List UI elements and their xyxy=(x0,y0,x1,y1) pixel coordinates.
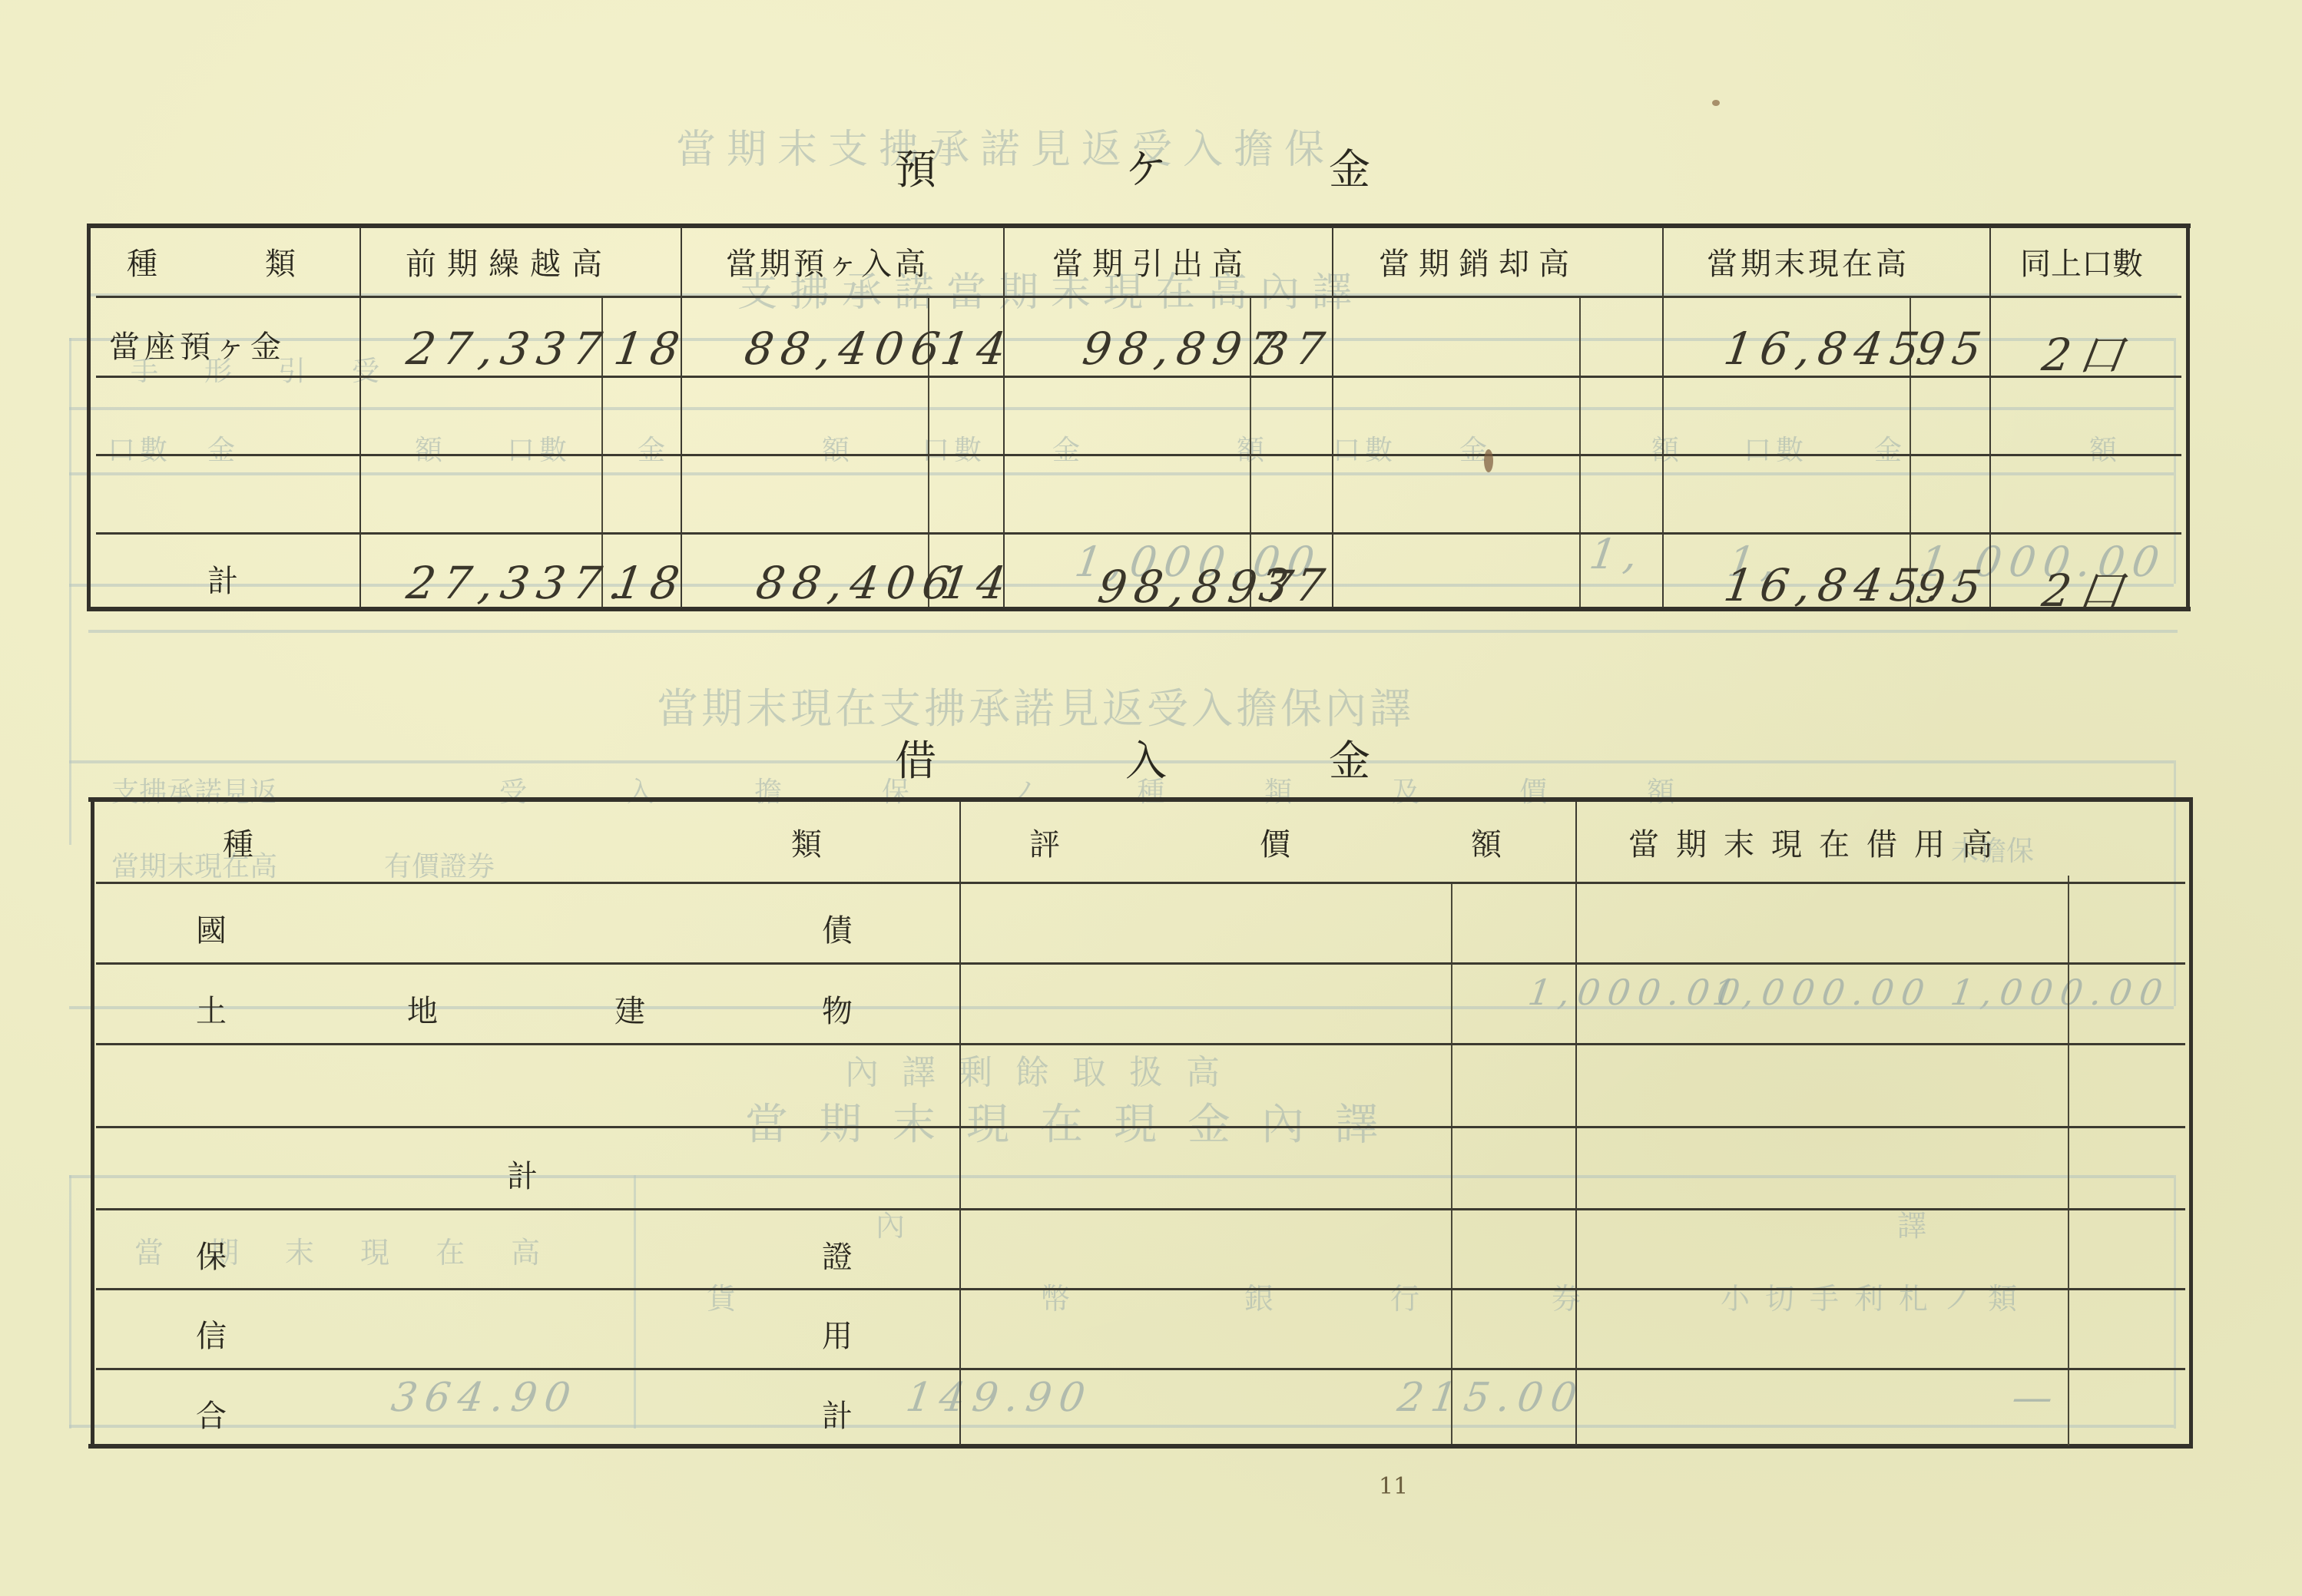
page-mark: 11 xyxy=(1379,1473,1408,1500)
deposits-title-char-1: 預 xyxy=(895,137,936,196)
row-label-char: 土 xyxy=(196,987,227,1031)
row-label-char: 保 xyxy=(196,1233,227,1276)
ghost-col-value-3: 額 xyxy=(1237,429,1269,468)
header-written-off: 當期銷却高 xyxy=(1379,240,1578,283)
ghost-cash-value-2: 149.90 xyxy=(903,1375,1095,1421)
row-label-char: 債 xyxy=(822,906,853,950)
total-withdrawn-sen: 37 xyxy=(1256,559,1335,611)
row-label-char: 物 xyxy=(822,987,853,1031)
header-withdrawn: 當期引出高 xyxy=(1052,240,1252,283)
header-current-borrowing-balance: 當期末現在借用高 xyxy=(1628,820,2009,864)
header-current-balance: 當期末現在高 xyxy=(1707,240,1910,283)
total-label: 計 xyxy=(207,557,238,601)
row-label-char: 建 xyxy=(614,987,645,1031)
row-label-char: 信 xyxy=(196,1312,227,1356)
stain-mark xyxy=(1484,449,1493,472)
header-valuation-2: 價 xyxy=(1260,820,1290,864)
ghost-col-count-5: 口數 xyxy=(1744,429,1808,468)
ghost-col-count-4: 口數 xyxy=(1333,429,1397,468)
ghost-cash-value-3: 215.00 xyxy=(1395,1375,1587,1421)
row-label-char: 國 xyxy=(196,906,227,950)
ghost-col-securities: 有價證券 xyxy=(384,845,495,884)
header-valuation-1: 評 xyxy=(1029,820,1060,864)
borrowings-title-char-3: 金 xyxy=(1329,728,1370,787)
ghost-col-count-3: 口數 xyxy=(922,429,986,468)
ghost-col-value-4: 額 xyxy=(1651,429,1684,468)
ghost-col-value-1: 額 xyxy=(415,429,447,468)
deposited-sen: 14 xyxy=(937,323,1016,375)
row-label-char: 用 xyxy=(822,1312,853,1356)
header-type-2: 類 xyxy=(791,820,822,864)
total-carried-forward-sen: 18 xyxy=(611,557,690,609)
ghost-col-amount-2: 金 xyxy=(638,429,670,468)
total-carried-forward-yen: 27,337. xyxy=(403,557,634,609)
ghost-top-title: 當期末支拂承諾見返受入擔保 xyxy=(676,117,1335,174)
account-count: 2口 xyxy=(2039,319,2136,383)
ghost-col-value-5: 額 xyxy=(2089,429,2121,468)
ghost-section-3-title: 當期末現在現金內譯 xyxy=(745,1091,1409,1152)
ghost-col-amount-1: 金 xyxy=(207,429,240,468)
ghost-col-amount-3: 金 xyxy=(1052,429,1085,468)
ghost-col-count-2: 口數 xyxy=(507,429,571,468)
borrowings-title-char-2: 入 xyxy=(1125,728,1167,787)
ghost-currency: 貨 xyxy=(707,1275,740,1317)
ghost-bank: 銀 xyxy=(1244,1275,1278,1317)
row-label-char: 計 xyxy=(507,1152,538,1196)
carried-forward-sen: 18 xyxy=(611,323,690,375)
ghost-col-value-2: 額 xyxy=(822,429,854,468)
row-label-char: 合 xyxy=(196,1392,227,1435)
header-valuation-3: 額 xyxy=(1471,820,1502,864)
deposits-title-char-3: 金 xyxy=(1329,137,1370,196)
ghost-line: 行 xyxy=(1390,1275,1424,1317)
carried-forward-yen: 27,337 xyxy=(403,323,613,375)
ghost-cheques: 小切手利札ノ類 xyxy=(1721,1275,2032,1317)
ghost-notes: 券 xyxy=(1552,1275,1585,1317)
ghost-section-2-title: 當期末現在支拂承諾見返受入擔保內譯 xyxy=(657,676,1414,735)
ghost-cash-value-1: 364.90 xyxy=(389,1375,581,1421)
ghost-cash-value-4: — xyxy=(2009,1375,2063,1421)
withdrawn-sen: 37 xyxy=(1256,323,1335,375)
ghost-coins: 幣 xyxy=(1041,1275,1075,1317)
total-deposited-sen: 14 xyxy=(937,557,1016,609)
ink-speck xyxy=(1712,100,1720,106)
total-balance-sen: 95 xyxy=(1913,561,1992,613)
header-type-1: 種 xyxy=(223,820,253,864)
ghost-section-2-left-1: 支拂承諾見返 xyxy=(111,770,277,810)
header-type: 種 類 xyxy=(127,240,311,283)
row-label-char: 計 xyxy=(822,1392,853,1435)
ghost-col-amount-5: 金 xyxy=(1874,429,1906,468)
ghost-section-3-mid: 內譯剰餘取扱高 xyxy=(845,1045,1243,1094)
total-account-count: 2口 xyxy=(2039,555,2136,619)
deposits-title-char-2: ケ xyxy=(1125,137,1167,196)
row-label-char: 地 xyxy=(407,987,438,1031)
ghost-col-count-1: 口數 xyxy=(108,429,172,468)
borrowings-title-char-1: 借 xyxy=(895,728,936,787)
total-deposited-yen: 88,406 xyxy=(753,557,962,609)
header-carried-forward: 前期繰越高 xyxy=(406,240,613,283)
balance-sen: 95 xyxy=(1913,323,1992,375)
row-label-char: 證 xyxy=(822,1233,853,1276)
row-type-label: 當座預ヶ金 xyxy=(109,323,286,366)
header-account-count: 同上口數 xyxy=(2020,240,2143,283)
header-deposited: 當期預ヶ入高 xyxy=(726,240,929,283)
ghost-value-1: 1, xyxy=(1587,530,1648,578)
